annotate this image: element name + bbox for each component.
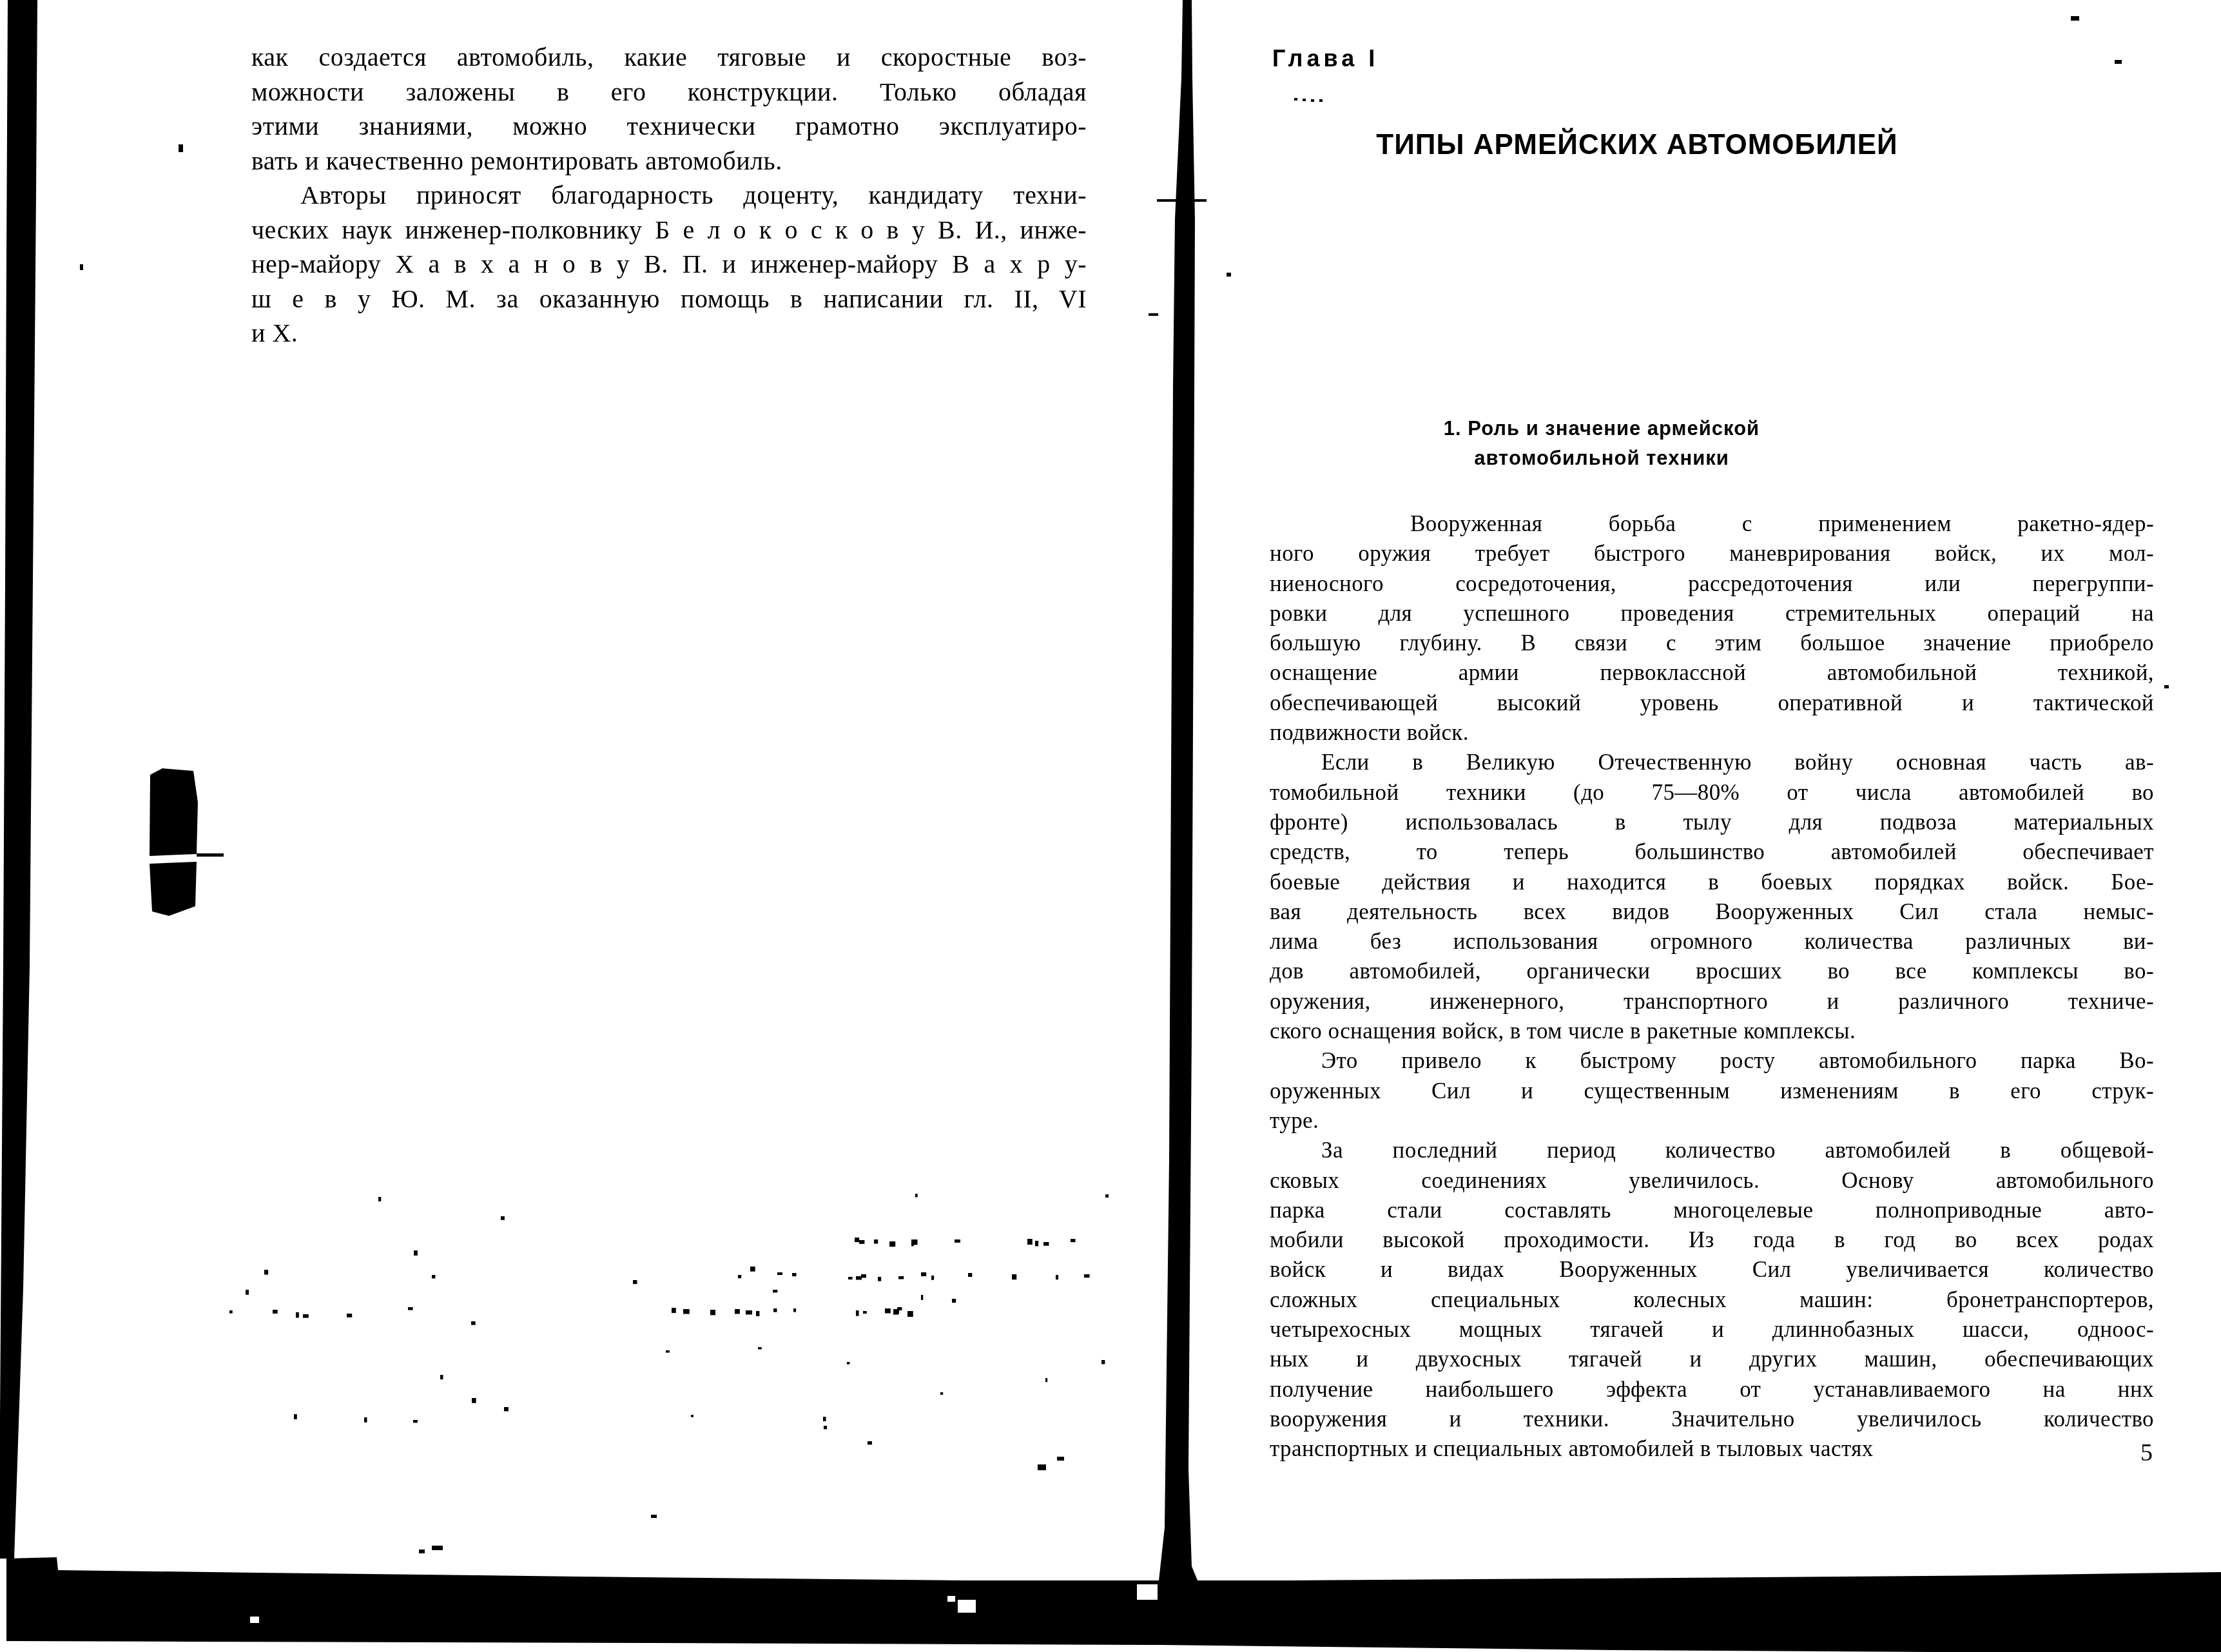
text-line: сложных специальных колесных машин: брон…	[1270, 1285, 2154, 1315]
text-line: обеспечивающей высокий уровень оперативн…	[1270, 688, 2154, 718]
scan-speck	[2164, 685, 2169, 688]
chapter-label: Глава I	[1272, 45, 1659, 72]
scan-speck	[1057, 1457, 1064, 1461]
left-page-body: как создается автомобиль, какие тяговые …	[251, 40, 1087, 351]
text-line: Вооруженная борьба с применением ракетно…	[1270, 509, 2154, 539]
scan-speck-white	[958, 1600, 976, 1613]
scan-speck-white	[250, 1617, 259, 1623]
paragraph: Авторы приносят благодарность доценту, к…	[251, 178, 1087, 351]
text-line: ровки для успешного проведения стремител…	[1270, 599, 2154, 628]
text-line: оружения, инженерного, транспортного и р…	[1270, 987, 2154, 1016]
scan-speck	[1038, 1464, 1046, 1470]
text-line: ш е в у Ю. М. за оказанную помощь в напи…	[251, 282, 1087, 316]
text-line: ниеносного сосредоточения, рассредоточен…	[1270, 569, 2154, 599]
text-line: томобильной техники (до 75—80% от числа …	[1270, 778, 2154, 808]
text-line: и X.	[251, 316, 1087, 351]
text-line: как создается автомобиль, какие тяговые …	[251, 40, 1087, 75]
text-line: парка стали составлять многоцелевые полн…	[1270, 1196, 2154, 1225]
text-line: войск и видах Вооруженных Сил увеличивае…	[1270, 1255, 2154, 1285]
noise-speckles	[229, 1194, 1109, 1444]
text-line: вая деятельность всех видов Вооруженных …	[1270, 897, 2154, 927]
spine-tick	[1157, 199, 1207, 202]
left-edge-scan-bar	[0, 0, 37, 1559]
scan-speck	[1227, 273, 1231, 277]
text-line: боевые действия и находится в боевых пор…	[1270, 868, 2154, 897]
chapter-title: ТИПЫ АРМЕЙСКИХ АВТОМОБИЛЕЙ	[1270, 129, 2004, 161]
section-heading-line: автомобильной техники	[1266, 443, 1937, 473]
scan-speck	[80, 264, 83, 270]
text-line: Если в Великую Отечественную войну основ…	[1270, 748, 2154, 777]
text-line: вооружения и техники. Значительно увелич…	[1270, 1404, 2154, 1434]
book-spine-shadow	[1159, 0, 1198, 1580]
text-line: оруженных Сил и существенным изменениям …	[1270, 1076, 2154, 1106]
page-number: 5	[2088, 1439, 2153, 1467]
text-line: фронте) использовалась в тылу для подвоз…	[1270, 808, 2154, 837]
text-line: транспортных и специальных автомобилей в…	[1270, 1434, 2154, 1464]
text-line: нер-майору Х а в х а н о в у В. П. и инж…	[251, 247, 1087, 282]
text-line: ческих наук инженер-полковнику Б е л о к…	[251, 213, 1087, 248]
scan-speck-white	[1137, 1584, 1158, 1600]
text-line: дов автомобилей, органически вросших во …	[1270, 957, 2154, 986]
paragraph: Это привело к быстрому росту автомобильн…	[1270, 1046, 2154, 1136]
scan-speck	[2071, 16, 2079, 21]
text-line: этими знаниями, можно технически грамотн…	[251, 109, 1087, 144]
text-line: Авторы приносят благодарность доценту, к…	[251, 178, 1087, 213]
right-page-body: Вооруженная борьба с применением ракетно…	[1270, 509, 2154, 1464]
scan-speck	[179, 144, 183, 152]
text-line: Это привело к быстрому росту автомобильн…	[1270, 1046, 2154, 1076]
scan-speck	[2115, 60, 2122, 64]
bottom-scan-band	[6, 1557, 2221, 1652]
paragraph: Вооруженная борьба с применением ракетно…	[1270, 509, 2154, 748]
paragraph: как создается автомобиль, какие тяговые …	[251, 40, 1087, 178]
text-line: За последний период количество автомобил…	[1270, 1136, 2154, 1165]
scan-speck	[419, 1550, 425, 1553]
text-line: сковых соединениях увеличилось. Основу а…	[1270, 1166, 2154, 1196]
text-line: получение наибольшего эффекта от устанав…	[1270, 1375, 2154, 1404]
text-line: можности заложены в его конструкции. Тол…	[251, 75, 1087, 110]
text-line: вать и качественно ремонтировать автомоб…	[251, 144, 1087, 179]
ink-blot	[150, 768, 224, 916]
text-line: четырехосных мощных тягачей и длиннобазн…	[1270, 1315, 2154, 1345]
text-line: подвижности войск.	[1270, 718, 2154, 748]
text-line: туре.	[1270, 1106, 2154, 1136]
text-line: оснащение армии первоклассной автомобиль…	[1270, 658, 2154, 688]
text-line: лима без использования огромного количес…	[1270, 927, 2154, 957]
scan-speck	[651, 1515, 657, 1518]
text-line: ных и двухосных тягачей и других машин, …	[1270, 1345, 2154, 1374]
section-heading-line: 1. Роль и значение армейской	[1266, 414, 1937, 443]
scan-speck	[1149, 313, 1158, 316]
text-line: мобили высокой проходимости. Из года в г…	[1270, 1225, 2154, 1255]
text-line: ского оснащения войск, в том числе в рак…	[1270, 1016, 2154, 1046]
text-line: средств, то теперь большинство автомобил…	[1270, 837, 2154, 867]
paragraph: За последний период количество автомобил…	[1270, 1136, 2154, 1464]
dotted-trace	[1294, 98, 1323, 102]
paragraph: Если в Великую Отечественную войну основ…	[1270, 748, 2154, 1046]
section-heading: 1. Роль и значение армейской автомобильн…	[1266, 414, 1937, 473]
scan-speck-white	[947, 1596, 955, 1602]
text-line: большую глубину. В связи с этим большое …	[1270, 628, 2154, 658]
text-line: ного оружия требует быстрого маневрирова…	[1270, 539, 2154, 568]
scan-speck	[432, 1546, 443, 1550]
